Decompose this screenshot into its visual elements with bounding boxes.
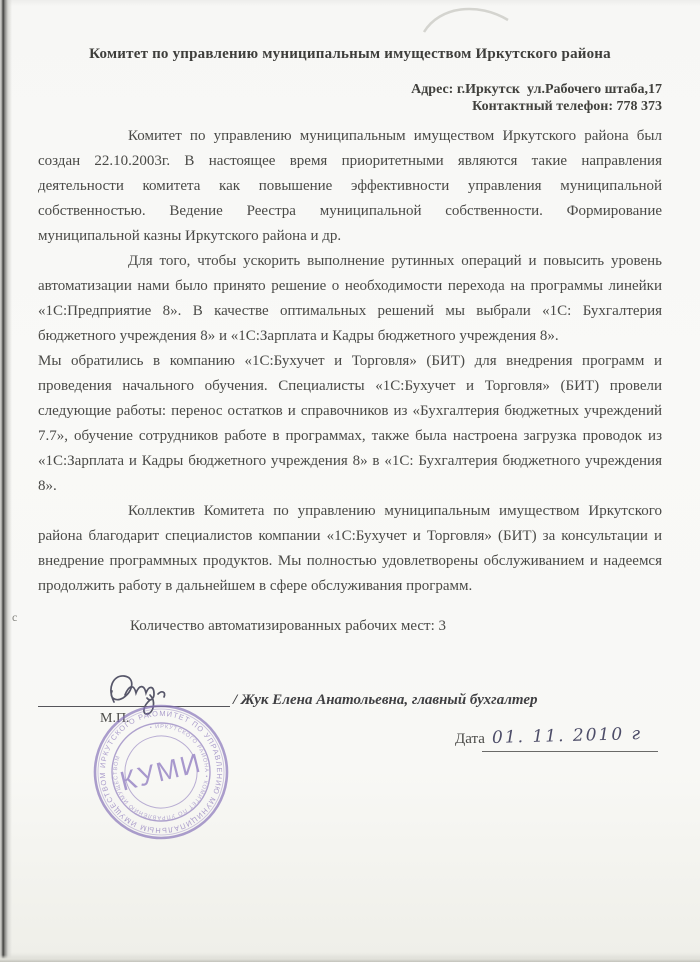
stamp-center-text: КУМИ: [117, 747, 205, 796]
letter-body: Комитет по управлению муниципальным имущ…: [38, 124, 662, 599]
handwritten-date: 01. 11. 2010 г: [492, 724, 643, 748]
date-underline: [482, 751, 658, 752]
paragraph-4: Коллектив Комитета по управлению муницип…: [38, 499, 662, 599]
scanned-letter-page: Комитет по управлению муниципальным имущ…: [0, 0, 700, 962]
paragraph-2: Для того, чтобы ускорить выполнение рути…: [38, 249, 662, 349]
scan-edge-left: [0, 0, 12, 962]
letter-title: Комитет по управлению муниципальным имущ…: [0, 46, 700, 63]
phone-line: Контактный телефон: 778 373: [472, 99, 662, 115]
signer-name-line: / Жук Елена Анатольевна, главный бухгалт…: [233, 692, 538, 709]
date-label: Дата: [455, 731, 485, 748]
scan-speck-artifact: c: [12, 610, 17, 625]
paragraph-3: Мы обратились в компанию «1С:Бухучет и Т…: [38, 349, 662, 499]
workplaces-count-line: Количество автоматизированных рабочих ме…: [130, 618, 446, 635]
scan-edge-bottom: [0, 955, 700, 962]
address-line: Адрес: г.Иркутск ул.Рабочего штаба,17: [411, 82, 662, 98]
paragraph-1: Комитет по управлению муниципальным имущ…: [38, 124, 662, 249]
page-curl-artifact: [418, 0, 513, 36]
